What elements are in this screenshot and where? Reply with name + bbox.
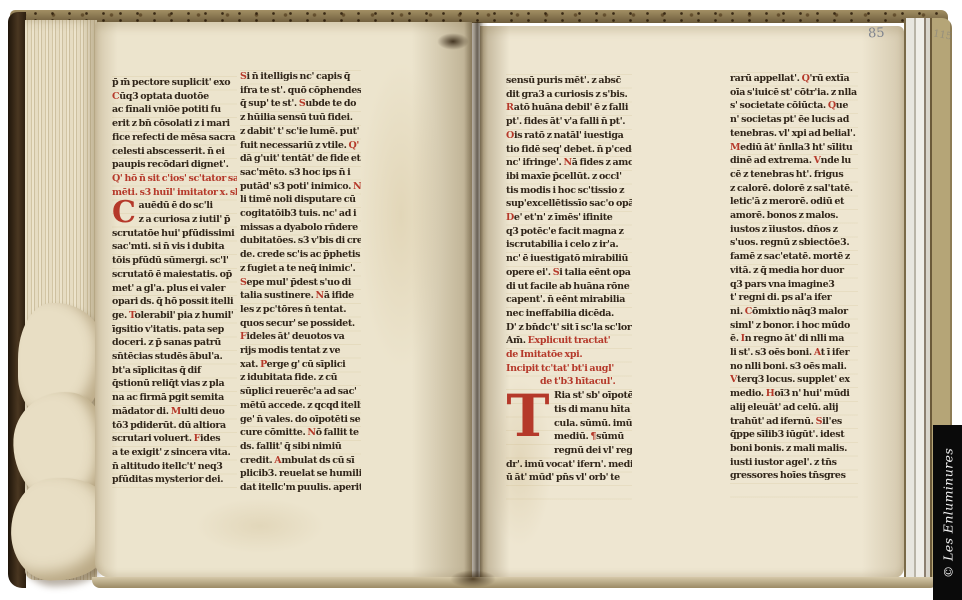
manuscript-line: li timē noli disputare cū	[240, 193, 361, 207]
manuscript-line: di ut facile ab huāna rōne	[506, 280, 632, 294]
manuscript-line: tōis pfūdū sūmergi. sc'l'	[112, 254, 237, 268]
manuscript-line: Sepe mul' p̄dest s'uo di	[240, 276, 361, 290]
manuscript-line: Am̄. Explicuit tractat'	[506, 334, 632, 348]
manuscript-line: sn̄tēcias studēs ābul'a.	[112, 350, 237, 364]
manuscript-line: credit. Ambulat ds cū sī	[240, 454, 361, 468]
manuscript-line: de. crede sc'is ac p̄phetis.	[240, 248, 361, 262]
manuscript-line: Vterq3 locus. supplet' ex	[730, 373, 858, 387]
manuscript-line: ni. Cōmixtio nāq3 malor	[730, 305, 858, 319]
manuscript-line: Q' hō n̄ sit c'ios' sc'tator sac'	[112, 172, 237, 186]
manuscript-line: les z pc'tōres n̄ tentat.	[240, 303, 361, 317]
manuscript-line: rijs modis tentat z ve	[240, 344, 361, 358]
manuscript-line: mēti. s3 huīl' imitator x. sbd'	[112, 186, 237, 200]
left-page-column-1: p̄ m̄ pectore suplicit' exoCūq3 optata d…	[112, 76, 237, 494]
manuscript-line: īgsitio v'itatis. pata sep	[112, 323, 237, 337]
manuscript-line: nec ineffabilia dicēda.	[506, 307, 632, 321]
manuscript-line: ge. Tolerabil' pia z humil'	[112, 309, 237, 323]
manuscript-line: De' et'n' z īmēs' ifinite	[506, 211, 632, 225]
manuscript-line: t' regni di. ps al'a ifer	[730, 291, 858, 305]
manuscript-line: scrutatōe hui' pfūdissimi	[112, 227, 237, 241]
manuscript-line: tis modis i hoc sc'tissio z	[506, 184, 632, 198]
right-page-column-2: rarū appellat'. Q'rū extīaoīa s'iuicē st…	[730, 72, 858, 502]
gutter-damage-top	[437, 33, 469, 50]
manuscript-line: missas a dyabolo rn̄dere	[240, 221, 361, 235]
manuscript-line: Ratō huāna debil' ē z falli	[506, 101, 632, 115]
manuscript-line: met' a gl'a. plus ei valer	[112, 282, 237, 296]
manuscript-line: s'uos. regnū z sbiectōe3.	[730, 236, 858, 250]
manuscript-line: q3 potēc'e facit magna z	[506, 225, 632, 239]
manuscript-line: ē. In regno āt' di nlli ma	[730, 332, 858, 346]
manuscript-line: capent'. n̄ eēnt mirabilia	[506, 293, 632, 307]
manuscript-line: pfūditas mysterior dei.	[112, 473, 237, 487]
manuscript-line: dit gra3 a curiosis z s'bis.	[506, 88, 632, 102]
manuscript-line: dā g'uit' tentāt' de fide et	[240, 152, 361, 166]
manuscript-line: Mediū āt' n̄nlla3 ht' sīlitu	[730, 141, 858, 155]
manuscript-line: dinē ad extrema. Vnde lu	[730, 154, 858, 168]
book-gutter	[464, 22, 488, 578]
manuscript-line: q3 pars vna imagine3	[730, 278, 858, 292]
copyright-credit: © Les Enluminures	[940, 425, 955, 600]
manuscript-line: quos secur' se possidet.	[240, 317, 361, 331]
manuscript-line: cē z tenebras ht'. frigus	[730, 168, 858, 182]
manuscript-line: s' societate cōiūcta. Que	[730, 99, 858, 113]
manuscript-line: ds. fallit' q̄ sibi nimiū	[240, 440, 361, 454]
manuscript-line: Cūq3 optata duotōe	[112, 90, 237, 104]
manuscript-line: iustos z īiustos. dn̄os z	[730, 223, 858, 237]
manuscript-line: tō3 pdiderūt. dū altiora	[112, 419, 237, 433]
rubricated-initial-C: C	[112, 200, 136, 226]
manuscript-line: siml' z bonor. i hoc mūdo	[730, 319, 858, 333]
manuscript-line: tio fidē seq' debet. n̄ p'cede	[506, 143, 632, 157]
manuscript-line: sac'mti. si n̄ vis i dubita	[112, 240, 237, 254]
manuscript-line: no nlli boni. s3 oēs mali.	[730, 360, 858, 374]
manuscript-line: z fugiet a te neq̄ inimic'.	[240, 262, 361, 276]
manuscript-line: li st'. s3 oēs boni. At ī ifer	[730, 346, 858, 360]
manuscript-line: n' societas pt' ēe lucis ad	[730, 113, 858, 127]
manuscript-line: iusti iustor agel'. z tn̄s	[730, 456, 858, 470]
manuscript-line: ac fīnali vniōe potiti fu	[112, 103, 237, 117]
manuscript-line: ū āt' mūd' pn̄s vl' orb' te	[506, 471, 632, 485]
manuscript-line: de Imitatōe xpi.	[506, 348, 632, 362]
manuscript-line: sac'mēto. s3 hoc ips n̄ i	[240, 166, 361, 180]
manuscript-line: gressores hoīes tn̄sgres	[730, 469, 858, 483]
manuscript-line: plicib3. reuelat se humilib3.	[240, 467, 361, 481]
manuscript-line: rarū appellat'. Q'rū extīa	[730, 72, 858, 86]
manuscript-line: Ois ratō z natāl' iuestiga	[506, 129, 632, 143]
manuscript-line: z dabit' t' sc'ie lumē. put'	[240, 125, 361, 139]
manuscript-line: Cauēdū ē do sc'li	[112, 199, 237, 213]
manuscript-line: bt'a sīplicitas q̄ dif	[112, 364, 237, 378]
manuscript-line: sensū puris mēt'. z absc̄	[506, 74, 632, 88]
manuscript-line: nc' ifringe'. Nā fides z amor	[506, 156, 632, 170]
manuscript-photo: 85 p̄ m̄ pectore suplicit' exoCūq3 optat…	[0, 0, 962, 600]
manuscript-line: sūplici reuerēc'a ad sac'	[240, 385, 361, 399]
manuscript-line: amorē. bonos z malos.	[730, 209, 858, 223]
manuscript-line: mādator di. Multi deuo	[112, 405, 237, 419]
manuscript-line: dat itellc'm puulis. aperit	[240, 481, 361, 492]
credit-strip: © Les Enluminures	[933, 425, 962, 600]
manuscript-line: cure cōmitte. Nō fallit te	[240, 426, 361, 440]
manuscript-line: q̄ sup' te st'. Subde te do	[240, 97, 361, 111]
illuminated-initial-T: T	[506, 390, 550, 445]
manuscript-line: sup'excellētissīo sac'o opāt'.	[506, 197, 632, 211]
manuscript-line: boni bonis. z mali malis.	[730, 442, 858, 456]
manuscript-line: fice refecti de mēsa sacra	[112, 131, 237, 145]
right-page-column-1: sensū puris mēt'. z absc̄dit gra3 a curi…	[506, 74, 632, 506]
gutter-damage-bottom	[450, 570, 496, 588]
manuscript-line: fuit necessariū z vtile. Q'	[240, 139, 361, 153]
manuscript-line: celesti abscesserit. n̄ ei	[112, 145, 237, 159]
manuscript-line: paupis recōdari dignet'.	[112, 158, 237, 172]
manuscript-line: dubitatōes. s3 v'bis di cre	[240, 234, 361, 248]
manuscript-line: scrutari voluert. Fides	[112, 432, 237, 446]
manuscript-line: z idubitata fide. z cū	[240, 371, 361, 385]
manuscript-line: oīa s'iuicē st' cōtr'ia. z nlla	[730, 86, 858, 100]
book-bottom-edge	[92, 577, 938, 588]
manuscript-line: iscrutabilia i celo z ir'a.	[506, 238, 632, 252]
manuscript-line: q̄stionū reliq̄t vias z pla	[112, 377, 237, 391]
manuscript-line: opere ei'. Si talia eēnt opa	[506, 266, 632, 280]
manuscript-line: D' z bn̄dc't' sit ī sc'la sc'lor	[506, 321, 632, 335]
manuscript-line: tenebras. vl' xpi ad belial'.	[730, 127, 858, 141]
manuscript-line: ifra te st'. quō cōphendes	[240, 84, 361, 98]
manuscript-line: a te exigit' z sincera vita.	[112, 446, 237, 460]
manuscript-line: alij eleuāt' ad celū. alij	[730, 401, 858, 415]
manuscript-line: cogitatōib3 tuis. nc' ad i	[240, 207, 361, 221]
manuscript-line: opari ds. q̄ hō possit itelli	[112, 295, 237, 309]
manuscript-line: Incipit tc'tat' bt'i augl'	[506, 362, 632, 376]
manuscript-line: talia sustinere. Nā ifide	[240, 289, 361, 303]
manuscript-line: dr'. imū vocat' ifern'. medi	[506, 458, 632, 472]
manuscript-line: erit z bn̄ cōsolati z i mari	[112, 117, 237, 131]
folio-number: 85	[868, 26, 885, 42]
manuscript-line: vitā. z q̄ media hor duor	[730, 264, 858, 278]
manuscript-line: ge' n̄ vales. do oīpotēti se	[240, 413, 361, 427]
manuscript-line: n̄ altitudo itellc't' neq3	[112, 460, 237, 474]
manuscript-line: q̄ppe sīlib3 iūgūt'. idest	[730, 428, 858, 442]
manuscript-line: pt'. fides āt' v'a falli n̄ pt'.	[506, 115, 632, 129]
manuscript-line: trahūt' ad ifernū. Sil'es	[730, 415, 858, 429]
manuscript-line: z hūilia sensū tuū fidei.	[240, 111, 361, 125]
manuscript-line: de t'b3 hītacul'.	[540, 375, 632, 389]
manuscript-line: famē z sac'etatē. mortē z	[730, 250, 858, 264]
manuscript-line: nc' ē iuestigatō mirabiliū	[506, 252, 632, 266]
manuscript-line: doceri. z p̄ sanas patrū	[112, 336, 237, 350]
manuscript-line: Si n̄ itelligis nc' capis q̄	[240, 70, 361, 84]
manuscript-line: medio. Hoī3 n' hui' mūdi	[730, 387, 858, 401]
manuscript-line: p̄ m̄ pectore suplicit' exo	[112, 76, 237, 90]
manuscript-line: Fideles āt' deuotos va	[240, 330, 361, 344]
left-page-column-2: Si n̄ itelligis nc' capis q̄ifra te st'.…	[240, 70, 361, 492]
manuscript-line: scrutatō ē maiestatis. op̄	[112, 268, 237, 282]
manuscript-line: letic'ā z merorē. odiū et	[730, 195, 858, 209]
manuscript-line: z calorē. dolorē z sal'tatē.	[730, 182, 858, 196]
manuscript-line: xat. Perge g' cū sīplici	[240, 358, 361, 372]
manuscript-line: ibi maxīe p̄cellūt. z occl'	[506, 170, 632, 184]
manuscript-line: na ac firmā pgit semita	[112, 391, 237, 405]
manuscript-line: putād' s3 poti' inimico. No	[240, 180, 361, 194]
manuscript-line: mētū accede. z qcqd itelli	[240, 399, 361, 413]
